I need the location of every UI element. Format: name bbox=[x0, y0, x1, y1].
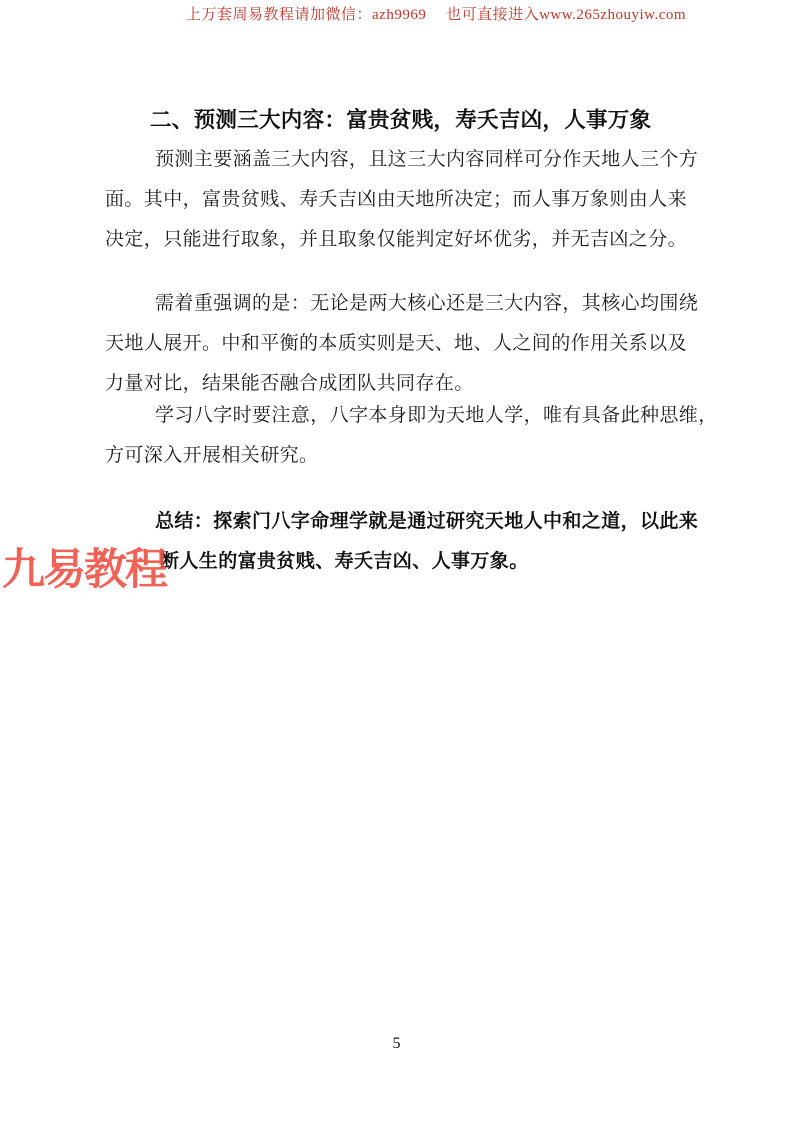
paragraph-2-line-1: 需着重强调的是：无论是两大核心还是三大内容，其核心均围绕 bbox=[105, 284, 705, 324]
summary-line-1: 总结：探索门八字命理学就是通过研究天地人中和之道，以此来 bbox=[105, 502, 705, 542]
page-number: 5 bbox=[0, 1035, 793, 1053]
summary-line-2: 断人生的富贵贫贱、寿夭吉凶、人事万象。 bbox=[105, 542, 705, 582]
paragraph-1-line-3: 决定，只能进行取象，并且取象仅能判定好坏优劣，并无吉凶之分。 bbox=[105, 220, 705, 260]
paragraph-1: 预测主要涵盖三大内容，且这三大内容同样可分作天地人三个方 面。其中，富贵贫贱、寿… bbox=[105, 140, 705, 260]
paragraph-3-line-2: 方可深入开展相关研究。 bbox=[105, 436, 705, 476]
paragraph-2-line-2: 天地人展开。中和平衡的本质实则是天、地、人之间的作用关系以及 bbox=[105, 324, 705, 364]
paragraph-3: 学习八字时要注意，八字本身即为天地人学，唯有具备此种思维， 方可深入开展相关研究… bbox=[105, 396, 705, 476]
paragraph-3-line-1: 学习八字时要注意，八字本身即为天地人学，唯有具备此种思维， bbox=[105, 396, 705, 436]
section-heading: 二、预测三大内容：富贵贫贱，寿夭吉凶，人事万象 bbox=[150, 103, 651, 134]
summary-paragraph: 总结：探索门八字命理学就是通过研究天地人中和之道，以此来 断人生的富贵贫贱、寿夭… bbox=[105, 502, 705, 582]
header-promo-text: 上万套周易教程请加微信：azh9969 也可直接进入www.265zhouyiw… bbox=[186, 3, 686, 24]
paragraph-2: 需着重强调的是：无论是两大核心还是三大内容，其核心均围绕 天地人展开。中和平衡的… bbox=[105, 284, 705, 404]
paragraph-1-line-2: 面。其中，富贵贫贱、寿夭吉凶由天地所决定；而人事万象则由人来 bbox=[105, 180, 705, 220]
watermark-text: 九易教程 bbox=[2, 536, 166, 597]
document-page: 上万套周易教程请加微信：azh9969 也可直接进入www.265zhouyiw… bbox=[0, 0, 793, 1121]
paragraph-1-line-1: 预测主要涵盖三大内容，且这三大内容同样可分作天地人三个方 bbox=[105, 140, 705, 180]
